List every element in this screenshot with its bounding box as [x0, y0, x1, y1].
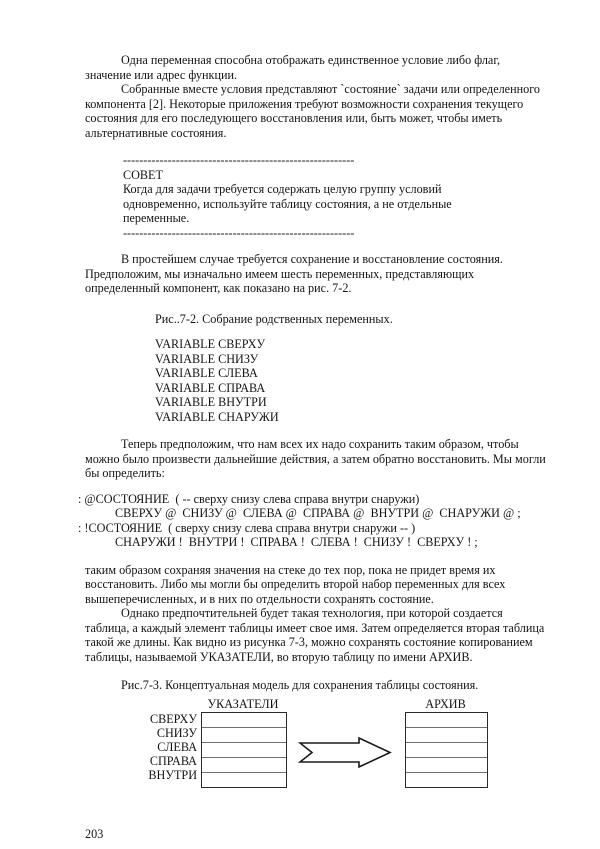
page-number: 203	[85, 827, 547, 842]
figure-7-2-caption: Рис..7-2. Собрание родственных переменны…	[155, 312, 547, 327]
code-line: VARIABLE СВЕРХУ	[155, 337, 547, 352]
pointers-table-title: УКАЗАТЕЛИ	[201, 697, 285, 712]
tip-divider-bottom: ----------------------------------------…	[123, 226, 547, 241]
code-line: VARIABLE СНИЗУ	[155, 352, 547, 367]
table-row	[202, 713, 286, 727]
paragraph: Одна переменная способна отображать един…	[85, 53, 547, 82]
book-page: Одна переменная способна отображать един…	[0, 0, 600, 849]
table-row	[202, 742, 286, 757]
paragraph: В простейшем случае требуется сохранение…	[85, 252, 547, 296]
code-line: : !СОСТОЯНИЕ ( сверху снизу слева справа…	[78, 521, 547, 536]
forth-code-block: : @СОСТОЯНИЕ ( -- сверху снизу слева спр…	[78, 492, 547, 550]
variable-definitions: VARIABLE СВЕРХУ VARIABLE СНИЗУ VARIABLE …	[155, 337, 547, 424]
code-line: VARIABLE СПРАВА	[155, 381, 547, 396]
tip-divider-top: ----------------------------------------…	[123, 153, 547, 168]
row-label: ВНУТРИ	[85, 768, 197, 782]
code-line: VARIABLE ВНУТРИ	[155, 395, 547, 410]
code-line: СВЕРХУ @ СНИЗУ @ СЛЕВА @ СПРАВА @ ВНУТРИ…	[78, 506, 547, 521]
archive-table-title: АРХИВ	[405, 697, 486, 712]
table-row	[202, 757, 286, 772]
row-label: СНИЗУ	[85, 726, 197, 740]
paragraph: Однако предпочтительней будет такая техн…	[85, 606, 547, 664]
table-row	[202, 772, 286, 787]
row-label: СВЕРХУ	[85, 712, 197, 726]
code-line: VARIABLE СНАРУЖИ	[155, 410, 547, 425]
code-line: VARIABLE СЛЕВА	[155, 366, 547, 381]
tip-line: переменные.	[123, 211, 547, 226]
table-row	[406, 757, 487, 772]
copy-right-arrow-icon	[298, 737, 392, 768]
row-label: СЛЕВА	[85, 740, 197, 754]
table-row	[406, 772, 487, 787]
pointers-table	[201, 712, 287, 789]
tip-line: одновременно, используйте таблицу состоя…	[123, 197, 547, 212]
paragraph: таким образом сохраняя значения на стеке…	[85, 563, 547, 607]
tip-title: СОВЕТ	[123, 168, 547, 183]
row-label: СПРАВА	[85, 754, 197, 768]
table-row	[406, 727, 487, 742]
code-line: : @СОСТОЯНИЕ ( -- сверху снизу слева спр…	[78, 492, 547, 507]
tip-block: ----------------------------------------…	[123, 153, 547, 240]
tip-line: Когда для задачи требуется содержать цел…	[123, 182, 547, 197]
page-content: Одна переменная способна отображать един…	[85, 53, 547, 841]
paragraph: Собранные вместе условия представляют `с…	[85, 82, 547, 140]
figure-7-3-caption: Рис.7-3. Концептуальная модель для сохра…	[121, 678, 547, 693]
pointers-row-labels: СВЕРХУ СНИЗУ СЛЕВА СПРАВА ВНУТРИ	[85, 712, 197, 783]
code-line: СНАРУЖИ ! ВНУТРИ ! СПРАВА ! СЛЕВА ! СНИЗ…	[78, 535, 547, 550]
table-row	[406, 713, 487, 727]
table-row	[202, 727, 286, 742]
paragraph: Теперь предположим, что нам всех их надо…	[85, 437, 547, 481]
figure-7-3: УКАЗАТЕЛИ АРХИВ СВЕРХУ СНИЗУ СЛЕВА СПРАВ…	[85, 695, 547, 795]
table-row	[406, 742, 487, 757]
archive-table	[405, 712, 488, 789]
